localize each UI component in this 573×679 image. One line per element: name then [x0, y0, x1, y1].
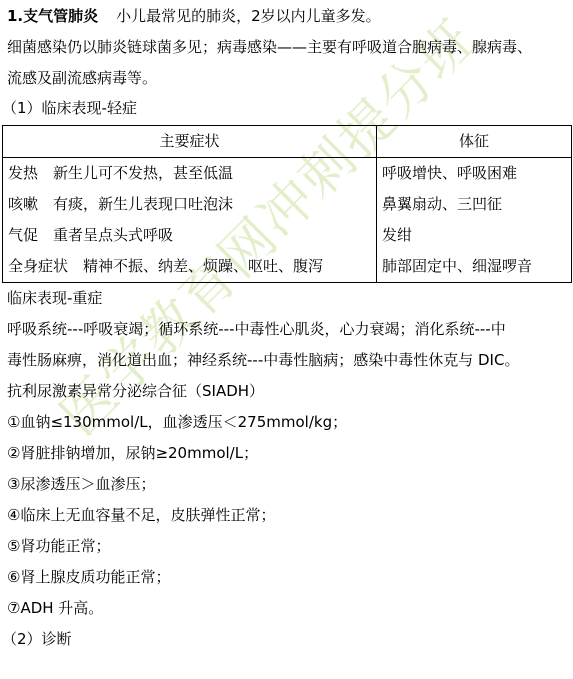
symptom-name: 发热: [8, 164, 38, 182]
symptom-sign-table: 主要症状 体征 发热新生儿可不发热，甚至低温 呼吸增快、呼吸困难 咳嗽有痰，新生…: [2, 125, 572, 283]
siadh-criterion-2: ②肾脏排钠增加，尿钠≥20mmol/L；: [7, 443, 258, 463]
table-row: 发热新生儿可不发热，甚至低温 呼吸增快、呼吸困难: [3, 158, 572, 190]
siadh-criterion-4: ④临床上无血容量不足，皮肤弹性正常；: [7, 505, 275, 525]
table-row: 气促重者呈点头式呼吸 发绀: [3, 220, 572, 251]
table-row: 全身症状精神不振、纳差、烦躁、呕吐、腹泻 肺部固定中、细湿啰音: [3, 251, 572, 283]
siadh-criterion-7: ⑦ADH 升高。: [7, 598, 103, 618]
sign-cell: 发绀: [377, 220, 572, 251]
severe-line-2: 毒性肠麻痹，消化道出血；神经系统---中毒性脑病；感染中毒性休克与 DIC。: [7, 350, 519, 370]
section-title: 1.支气管肺炎: [7, 7, 98, 25]
symptom-detail: 精神不振、纳差、烦躁、呕吐、腹泻: [83, 257, 323, 275]
etiology-line-2: 流感及副流感病毒等。: [7, 68, 157, 88]
symptom-name: 全身症状: [8, 257, 68, 275]
symptom-name: 气促: [8, 226, 38, 244]
siadh-criterion-6: ⑥肾上腺皮质功能正常；: [7, 567, 170, 587]
sign-cell: 鼻翼扇动、三凹征: [377, 189, 572, 220]
siadh-criterion-5: ⑤肾功能正常；: [7, 536, 110, 556]
severe-line-1: 呼吸系统---呼吸衰竭；循环系统---中毒性心肌炎，心力衰竭；消化系统---中: [7, 319, 506, 339]
symptom-cell: 气促重者呈点头式呼吸: [3, 220, 377, 251]
symptom-detail: 重者呈点头式呼吸: [53, 226, 173, 244]
section-title-line: 1.支气管肺炎小儿最常见的肺炎，2岁以内儿童多发。: [7, 6, 381, 26]
symptom-cell: 发热新生儿可不发热，甚至低温: [3, 158, 377, 190]
header-main-symptoms: 主要症状: [3, 126, 377, 158]
table-header-row: 主要症状 体征: [3, 126, 572, 158]
mild-heading: （1）临床表现-轻症: [2, 98, 137, 118]
header-signs: 体征: [377, 126, 572, 158]
symptom-cell: 全身症状精神不振、纳差、烦躁、呕吐、腹泻: [3, 251, 377, 283]
sign-cell: 呼吸增快、呼吸困难: [377, 158, 572, 190]
symptom-detail: 有痰，新生儿表现口吐泡沫: [53, 195, 233, 213]
section-title-description: 小儿最常见的肺炎，2岁以内儿童多发。: [116, 7, 381, 25]
symptom-detail: 新生儿可不发热，甚至低温: [53, 164, 233, 182]
sign-cell: 肺部固定中、细湿啰音: [377, 251, 572, 283]
siadh-criterion-1: ①血钠≤130mmol/L，血渗透压＜275mmol/kg；: [7, 412, 347, 432]
siadh-heading: 抗利尿激素异常分泌综合征（SIADH）: [7, 381, 264, 401]
table-row: 咳嗽有痰，新生儿表现口吐泡沫 鼻翼扇动、三凹征: [3, 189, 572, 220]
severe-heading: 临床表现-重症: [7, 288, 102, 308]
diagnosis-heading: （2）诊断: [2, 629, 72, 649]
symptom-cell: 咳嗽有痰，新生儿表现口吐泡沫: [3, 189, 377, 220]
siadh-criterion-3: ③尿渗透压＞血渗压；: [7, 474, 155, 494]
symptom-name: 咳嗽: [8, 195, 38, 213]
etiology-line-1: 细菌感染仍以肺炎链球菌多见；病毒感染——主要有呼吸道合胞病毒、腺病毒、: [7, 37, 532, 57]
